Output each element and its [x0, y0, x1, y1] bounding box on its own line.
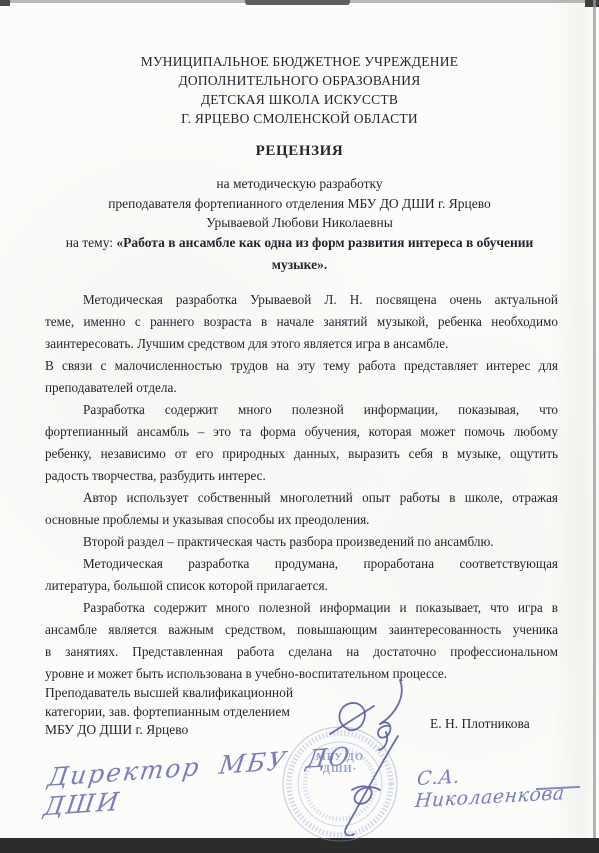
topic-line: на тему: «Работа в ансамбле как одна из …	[43, 232, 556, 254]
document-header: МУНИЦИПАЛЬНОЕ БЮДЖЕТНОЕ УЧРЕЖДЕНИЕ ДОПОЛ…	[43, 52, 556, 128]
scan-edge-top-dark-segment	[245, 0, 350, 5]
body-line: теме, именно с раннего возраста в начале…	[45, 311, 558, 333]
topic-line: музыке».	[43, 254, 556, 276]
body-line: Второй раздел – практическая часть разбо…	[45, 531, 558, 553]
document-topic: на тему: «Работа в ансамбле как одна из …	[43, 232, 556, 276]
body-line: уровне и может быть использована в учебн…	[45, 663, 558, 685]
reviewer-name: Е. Н. Плотникова	[430, 716, 530, 732]
body-line: ансамбле является важным средством, повы…	[45, 619, 558, 641]
subtitle-line: Урываевой Любови Николаевны	[43, 213, 556, 233]
header-line: ДОПОЛНИТЕЛЬНОГО ОБРАЗОВАНИЯ	[43, 71, 556, 90]
signature-block-line: категории, зав. фортепианным отделением	[45, 703, 293, 722]
topic-bold-text: «Работа в ансамбле как одна из форм разв…	[116, 235, 533, 250]
body-line: В связи с малочисленностью трудов на эту…	[45, 355, 558, 377]
header-line: ДЕТСКАЯ ШКОЛА ИСКУССТВ	[43, 90, 556, 109]
body-line: Автор использует собственный многолетний…	[45, 487, 558, 509]
header-line: Г. ЯРЦЕВО СМОЛЕНСКОЙ ОБЛАСТИ	[43, 109, 556, 128]
handwritten-director-name: С.А. Николаенкова	[414, 758, 599, 812]
body-line: заинтересовать. Лучшим средством для это…	[45, 333, 558, 355]
signature-block-line: МБУ ДО ДШИ г. Ярцево	[45, 721, 293, 740]
body-line: основные проблемы и указывая способы их …	[45, 509, 558, 531]
subtitle-line: на методическую разработку	[43, 174, 556, 194]
document-subtitle: на методическую разработку преподавателя…	[43, 174, 556, 233]
body-line: Разработка содержит много полезной инфор…	[45, 597, 558, 619]
header-line: МУНИЦИПАЛЬНОЕ БЮДЖЕТНОЕ УЧРЕЖДЕНИЕ	[43, 52, 556, 71]
scan-edge-right	[593, 0, 596, 838]
body-line: литература, большой список которой прила…	[45, 575, 558, 597]
body-line: преподавателей отдела.	[45, 377, 558, 399]
document-body: Методическая разработка Урываевой Л. Н. …	[45, 289, 558, 685]
body-line: ребенку, независимо от его природных дан…	[45, 443, 558, 465]
topic-prefix: на тему:	[66, 235, 117, 250]
signature-block-line: Преподаватель высшей квалификационной	[45, 684, 293, 703]
body-line: радость творчества, разбудить интерес.	[45, 465, 558, 487]
stray-mark: -	[246, 364, 250, 380]
body-line: Методическая разработка продумана, прора…	[45, 553, 558, 575]
signature-block: Преподаватель высшей квалификационной ка…	[45, 684, 293, 740]
scan-corner-top-right	[585, 0, 599, 7]
body-line: фортепианный ансамбль – это та форма обу…	[45, 421, 558, 443]
body-line: в занятиях. Представленная работа сделан…	[45, 641, 558, 663]
body-line: Методическая разработка Урываевой Л. Н. …	[45, 289, 558, 311]
scanned-document-page: МУНИЦИПАЛЬНОЕ БЮДЖЕТНОЕ УЧРЕЖДЕНИЕ ДОПОЛ…	[0, 0, 599, 853]
page-title: РЕЦЕНЗИЯ	[43, 143, 556, 160]
body-line: Разработка содержит много полезной инфор…	[45, 399, 558, 421]
subtitle-line: преподавателя фортепианного отделения МБ…	[43, 194, 556, 214]
scan-corner-top-left	[0, 0, 10, 6]
